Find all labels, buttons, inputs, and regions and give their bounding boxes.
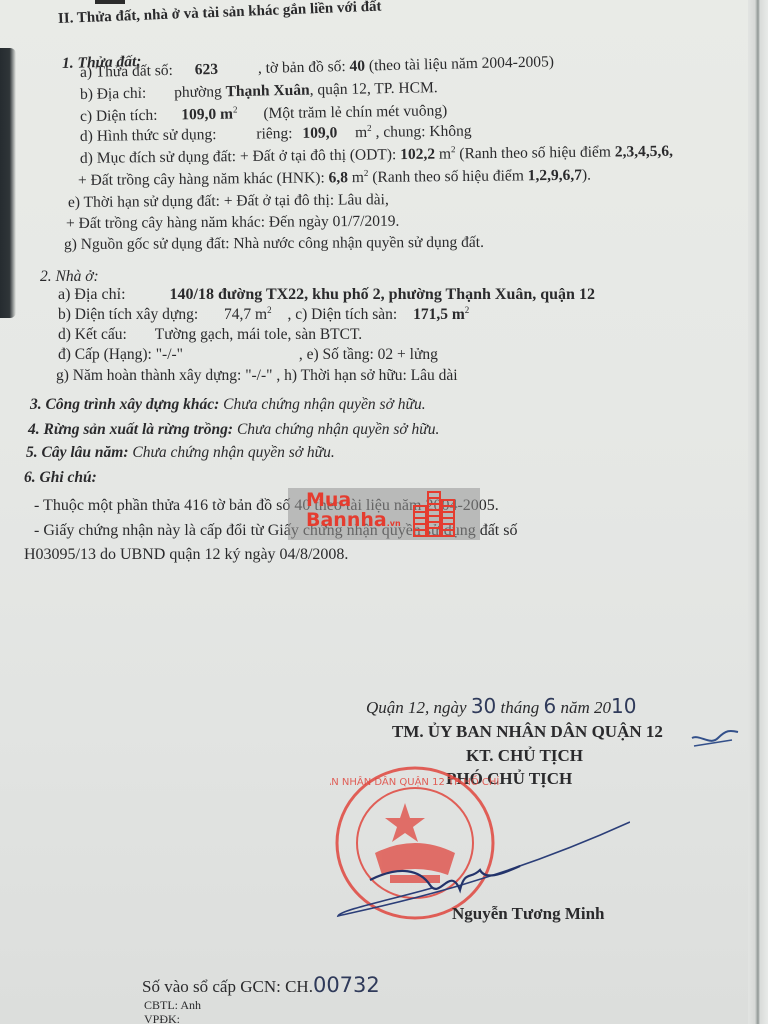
purpose-hnk-unit: m [352, 169, 364, 186]
common-value: , chung: Không [375, 123, 471, 141]
certificate-page: II. Thửa đất, nhà ở và tài sản khác gắn … [0, 0, 768, 1024]
notes-heading: 6. Ghi chú: [24, 469, 97, 487]
private-value: 109,0 [302, 124, 337, 141]
area-words: (Một trăm lẻ chín mét vuông) [263, 102, 447, 122]
other-works-value: Chưa chứng nhận quyền sở hữu. [223, 396, 425, 413]
registry-label: Số vào sổ cấp GCN: CH. [142, 977, 313, 996]
sign-month: 6 [544, 694, 557, 718]
watermark-text: Mua Bannha.vn [306, 490, 401, 534]
house-structure-line: d) Kết cấu: Tường gạch, mái tole, sàn BT… [58, 326, 362, 344]
address-label: b) Địa chỉ: [80, 85, 147, 103]
perennial-value: Chưa chứng nhận quyền sở hữu. [132, 444, 334, 461]
address-ward: Thạnh Xuân [225, 82, 309, 101]
initial-scribble-icon [690, 728, 740, 752]
private-label: riêng: [256, 125, 292, 143]
watermark-line-2: Bannha [306, 509, 387, 531]
watermark-logo: Mua Bannha.vn [288, 488, 480, 540]
land-usage-form-line: d) Hình thức sử dụng: riêng: 109,0 m2 , … [80, 123, 472, 146]
address-suffix: , quận 12, TP. HCM. [309, 79, 437, 98]
map-label: , tờ bản đồ số: [258, 58, 346, 77]
structure-label: d) Kết cấu: [58, 326, 127, 343]
house-area-line: b) Diện tích xây dựng: 74,7 m2 , c) Diện… [58, 306, 469, 324]
structure-value: Tường gạch, mái tole, sàn BTCT. [155, 326, 362, 343]
map-number: 40 [349, 58, 365, 75]
forest-label: 4. Rừng sản xuất là rừng trồng: [28, 421, 233, 438]
page-shadow-top [95, 0, 125, 4]
area-value: 109,0 m [181, 106, 233, 124]
forest-value: Chưa chứng nhận quyền sở hữu. [237, 421, 439, 438]
house-address-value: 140/18 đường TX22, khu phố 2, phường Thạ… [170, 286, 595, 303]
floor-area-value: 171,5 m [413, 306, 465, 323]
purpose-odt-points: 2,3,4,5,6, [615, 143, 673, 161]
private-sup: 2 [367, 123, 372, 133]
map-note: (theo tài liệu năm 2004-2005) [369, 53, 554, 74]
forest-line: 4. Rừng sản xuất là rừng trồng: Chưa chứ… [28, 421, 439, 439]
org-title: TM. ỦY BAN NHÂN DÂN QUẬN 12 [392, 722, 663, 742]
purpose-label: d) Mục đích sử dụng đất: + Đất ở tại đô … [80, 146, 397, 167]
page-fold-right [748, 0, 768, 1024]
purpose-hnk-points: 1,2,9,6,7 [528, 167, 582, 185]
stamp-label: ỦY BAN NHÂN DÂN QUẬN 12 TP HỒ CHÍ MINH [330, 774, 500, 788]
land-origin-line: g) Nguồn gốc sử dụng đất: Nhà nước công … [64, 234, 484, 254]
sign-year: 10 [611, 694, 636, 718]
house-address-label: a) Địa chỉ: [58, 286, 126, 303]
building-icon [412, 490, 456, 538]
purpose-hnk-end: ). [582, 167, 591, 184]
date-prefix: Quận 12, ngày [366, 698, 467, 717]
land-purpose-hnk-line: + Đất trồng cây hàng năm khác (HNK): 6,8… [78, 167, 591, 190]
purpose-odt-note: (Ranh theo số hiệu điểm [459, 144, 611, 163]
parcel-number: 623 [195, 61, 219, 79]
land-purpose-line: d) Mục đích sử dụng đất: + Đất ở tại đô … [80, 143, 673, 168]
perennial-line: 5. Cây lâu năm: Chưa chứng nhận quyền sở… [26, 444, 335, 462]
floors-label: , e) Số tầng: 02 + lửng [299, 346, 438, 363]
registry-line: Số vào sổ cấp GCN: CH.00732 [142, 976, 380, 996]
private-unit: m [355, 124, 367, 141]
land-parcel-line: a) Thửa đất số: 623 , tờ bản đồ số: 40 (… [80, 53, 554, 82]
area-label: c) Diện tích: [80, 107, 158, 125]
year-label: năm 20 [561, 698, 612, 717]
other-works-line: 3. Công trình xây dựng khác: Chưa chứng … [30, 396, 426, 414]
month-label: tháng [501, 698, 540, 717]
parcel-label: a) Thửa đất số: [80, 62, 173, 81]
other-works-label: 3. Công trình xây dựng khác: [30, 396, 219, 413]
watermark-suffix: .vn [387, 519, 401, 528]
page-shadow-left [0, 48, 16, 318]
land-term-line-2: + Đất trồng cây hàng năm khác: Đến ngày … [66, 213, 399, 233]
land-area-line: c) Diện tích: 109,0 m2 (Một trăm lẻ chín… [80, 102, 447, 126]
grade-label: đ) Cấp (Hạng): "-/-" [58, 346, 183, 363]
purpose-odt-value: 102,2 [400, 146, 435, 163]
land-term-line: e) Thời hạn sử dụng đất: + Đất ở tại đô … [68, 191, 389, 212]
house-grade-line: đ) Cấp (Hạng): "-/-" , e) Số tầng: 02 + … [58, 346, 438, 364]
purpose-hnk-label: + Đất trồng cây hàng năm khác (HNK): [78, 169, 325, 189]
usage-form-label: d) Hình thức sử dụng: [80, 126, 217, 145]
purpose-hnk-value: 6,8 [329, 169, 349, 186]
area-sup: 2 [233, 104, 238, 114]
building-area-label: b) Diện tích xây dựng: [58, 306, 198, 323]
house-heading: 2. Nhà ở: [40, 268, 99, 286]
registry-number: 00732 [313, 973, 380, 997]
address-prefix: phường [174, 83, 222, 101]
land-address-line: b) Địa chỉ: phường Thạnh Xuân, quận 12, … [80, 79, 438, 104]
purpose-hnk-note: (Ranh theo số hiệu điểm [372, 167, 524, 186]
building-area-value: 74,7 m [224, 306, 267, 323]
watermark-line-1: Mua [306, 490, 401, 510]
sign-day: 30 [471, 694, 496, 718]
signing-date: Quận 12, ngày 30 tháng 6 năm 2010 [366, 697, 636, 717]
house-address-line: a) Địa chỉ: 140/18 đường TX22, khu phố 2… [58, 286, 595, 304]
section-title: II. Thửa đất, nhà ở và tài sản khác gắn … [58, 0, 382, 28]
floor-area-label: , c) Diện tích sàn: [287, 306, 397, 323]
purpose-odt-unit: m [439, 145, 451, 162]
house-completion-line: g) Năm hoàn thành xây dựng: "-/-" , h) T… [56, 367, 458, 385]
signer-name: Nguyễn Tương Minh [452, 905, 605, 923]
vpdk-line: VPĐK: [144, 1010, 180, 1024]
perennial-label: 5. Cây lâu năm: [26, 444, 128, 461]
floor-area-sup: 2 [465, 305, 470, 315]
building-area-sup: 2 [267, 305, 272, 315]
notes-line-3: H03095/13 do UBND quận 12 ký ngày 04/8/2… [24, 546, 348, 564]
